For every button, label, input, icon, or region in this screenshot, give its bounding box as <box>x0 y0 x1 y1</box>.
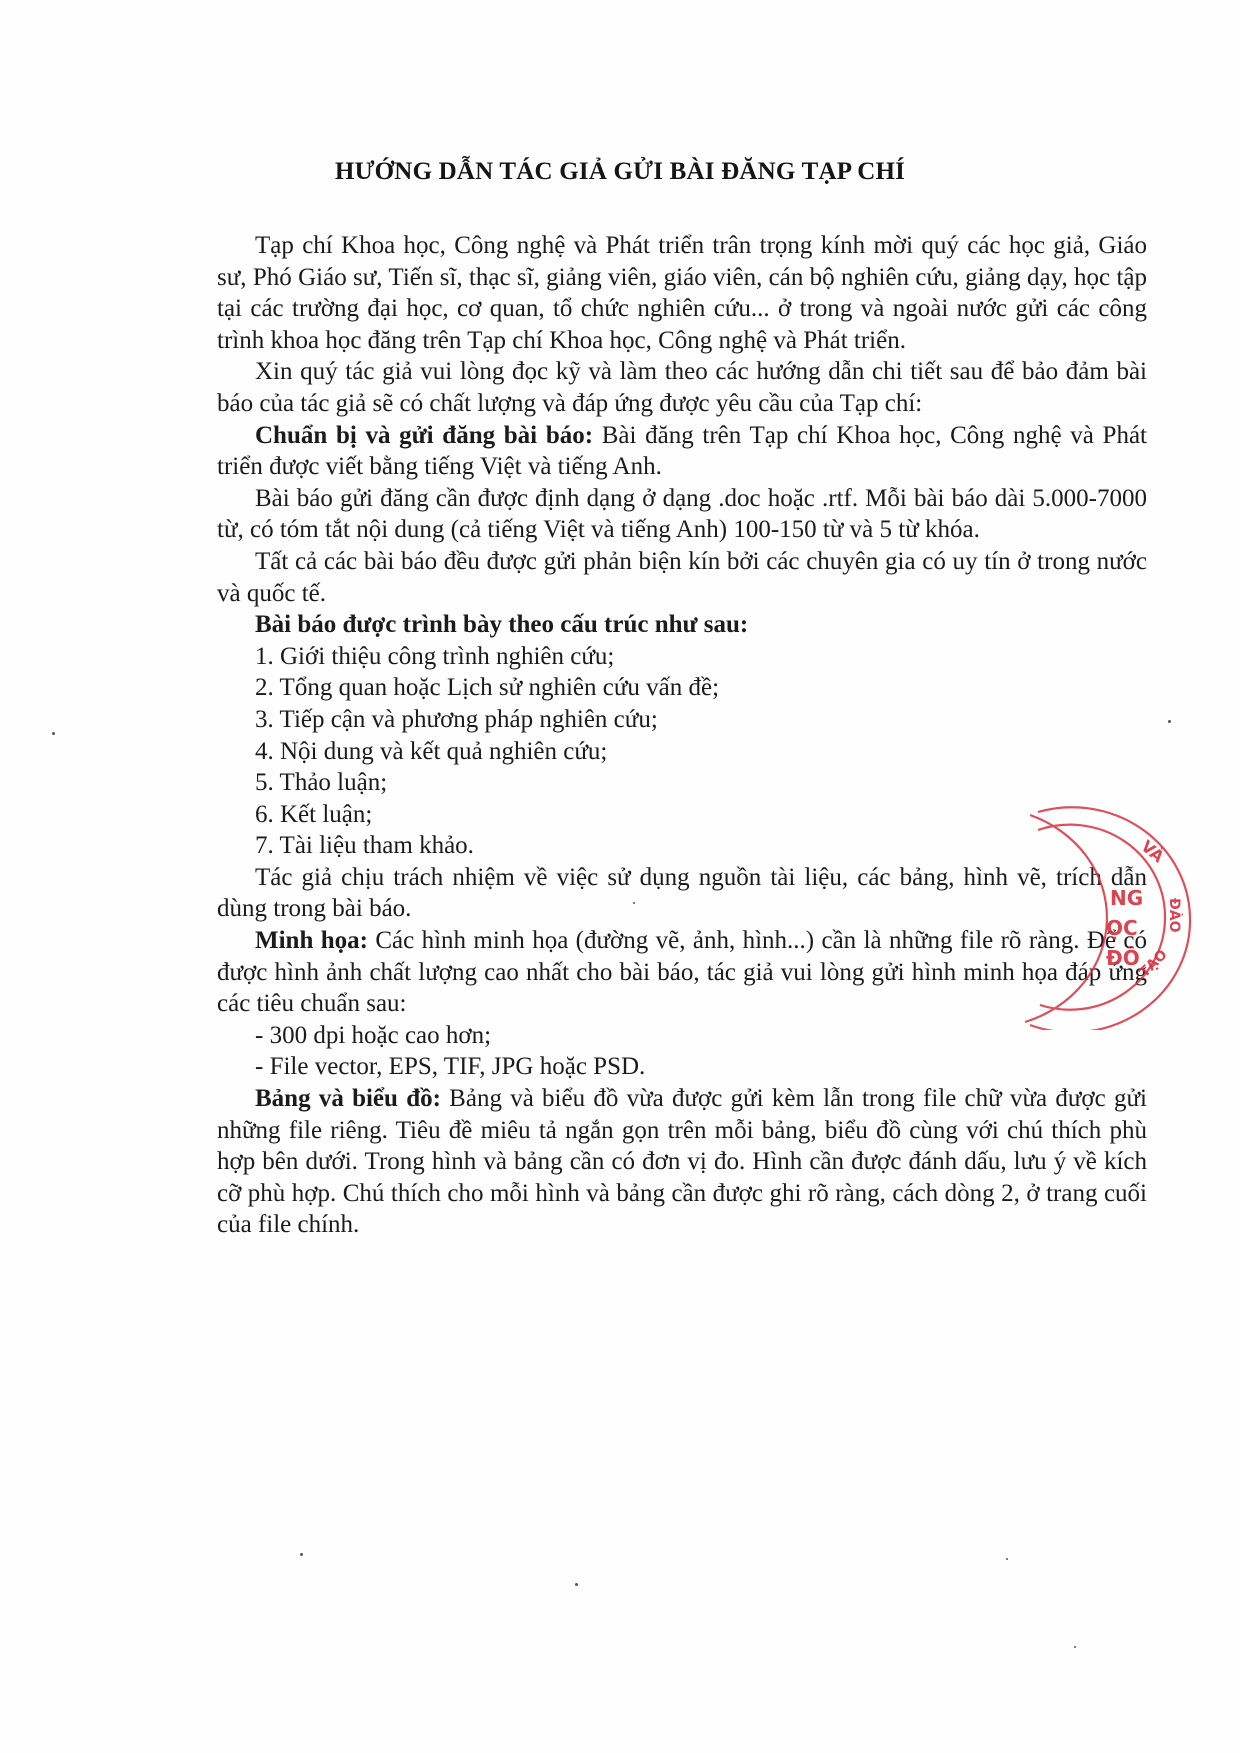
list-item: 3. Tiếp cận và phương pháp nghiên cứu; <box>217 704 1147 736</box>
scan-speck <box>1006 1558 1008 1560</box>
structure-heading-text: Bài báo được trình bày theo cấu trúc như… <box>255 611 748 638</box>
list-item: - File vector, EPS, TIF, JPG hoặc PSD. <box>217 1051 1147 1083</box>
responsibility-paragraph: Tác giả chịu trách nhiệm về việc sử dụng… <box>217 862 1147 925</box>
list-item: 1. Giới thiệu công trình nghiên cứu; <box>217 641 1147 673</box>
request-paragraph: Xin quý tác giả vui lòng đọc kỹ và làm t… <box>217 356 1147 419</box>
list-item: - 300 dpi hoặc cao hơn; <box>217 1020 1147 1052</box>
document-body: Tạp chí Khoa học, Công nghệ và Phát triể… <box>217 230 1147 1241</box>
scan-speck <box>52 732 55 735</box>
list-item: 6. Kết luận; <box>217 799 1147 831</box>
prepare-paragraph: Chuẩn bị và gửi đăng bài báo: Bài đăng t… <box>217 420 1147 483</box>
review-paragraph: Tất cả các bài báo đều được gửi phản biệ… <box>217 546 1147 609</box>
scan-speck <box>1168 720 1171 723</box>
stamp-outer-text: ĐÀO <box>1166 898 1183 933</box>
tables-heading: Bảng và biểu đồ: <box>255 1085 441 1112</box>
scan-speck <box>300 1553 303 1556</box>
document-page: HƯỚNG DẪN TÁC GIẢ GỬI BÀI ĐĂNG TẠP CHÍ T… <box>0 0 1240 1753</box>
scan-speck <box>1074 1646 1076 1648</box>
page-title: HƯỚNG DẪN TÁC GIẢ GỬI BÀI ĐĂNG TẠP CHÍ <box>0 158 1240 186</box>
prepare-heading: Chuẩn bị và gửi đăng bài báo: <box>255 422 593 449</box>
list-item: 5. Thảo luận; <box>217 767 1147 799</box>
structure-heading: Bài báo được trình bày theo cấu trúc như… <box>217 609 1147 641</box>
list-item: 4. Nội dung và kết quả nghiên cứu; <box>217 736 1147 768</box>
scan-speck <box>575 1583 578 1586</box>
illustration-requirements: - 300 dpi hoặc cao hơn; - File vector, E… <box>217 1020 1147 1083</box>
illustration-paragraph: Minh họa: Các hình minh họa (đường vẽ, ả… <box>217 925 1147 1020</box>
list-item: 2. Tổng quan hoặc Lịch sử nghiên cứu vấn… <box>217 672 1147 704</box>
illustration-heading: Minh họa: <box>255 927 368 954</box>
list-item: 7. Tài liệu tham khảo. <box>217 830 1147 862</box>
tables-paragraph: Bảng và biểu đồ: Bảng và biểu đồ vừa đượ… <box>217 1083 1147 1241</box>
scan-speck <box>633 902 635 904</box>
structure-list: 1. Giới thiệu công trình nghiên cứu; 2. … <box>217 641 1147 862</box>
intro-paragraph: Tạp chí Khoa học, Công nghệ và Phát triể… <box>217 230 1147 356</box>
format-paragraph: Bài báo gửi đăng cần được định dạng ở dạ… <box>217 483 1147 546</box>
